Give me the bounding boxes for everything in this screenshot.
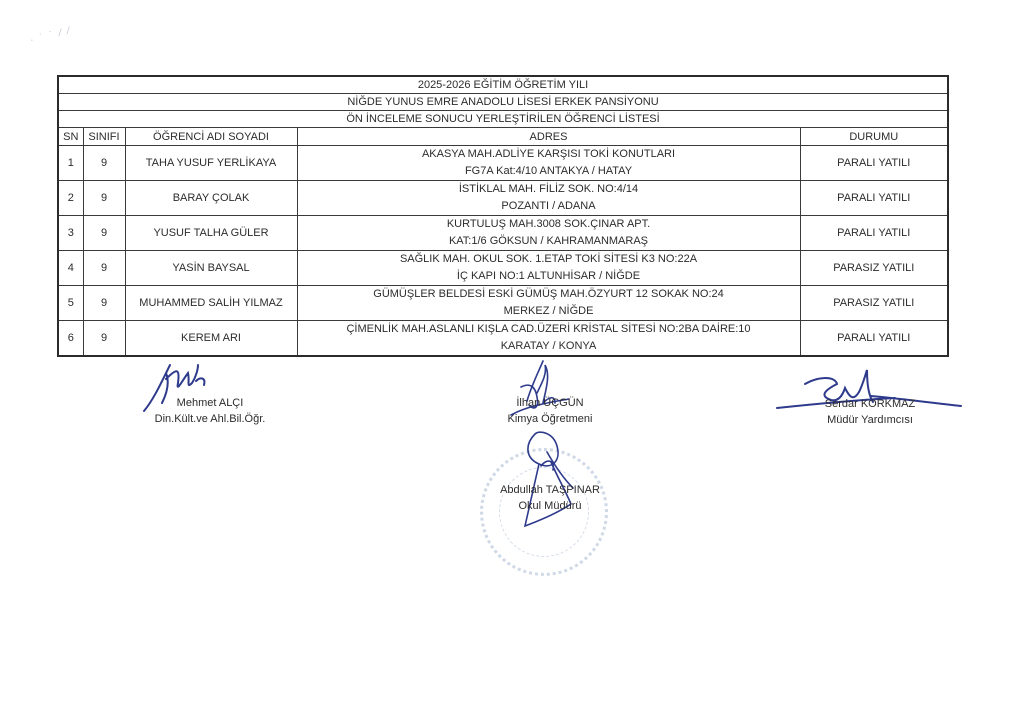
cell-durumu: PARASIZ YATILI [800, 286, 948, 321]
address-line-1: GÜMÜŞLER BELDESİ ESKİ GÜMÜŞ MAH.ÖZYURT 1… [298, 286, 800, 303]
student-placement-table: 2025-2026 EĞİTİM ÖĞRETİM YILI NİĞDE YUNU… [57, 75, 949, 357]
address-line-2: POZANTI / ADANA [298, 198, 800, 215]
table-row: 4 9 YASİN BAYSAL SAĞLIK MAH. OKUL SOK. 1… [58, 251, 948, 286]
signatory-role: Din.Kült.ve Ahl.Bil.Öğr. [140, 411, 280, 427]
signatory-role: Okul Müdürü [495, 498, 605, 514]
table-row: 2 9 BARAY ÇOLAK İSTİKLAL MAH. FİLİZ SOK.… [58, 181, 948, 216]
column-header-durumu: DURUMU [800, 128, 948, 146]
cell-sinifi: 9 [83, 181, 125, 216]
cell-sn: 4 [58, 251, 83, 286]
list-title: ÖN İNCELEME SONUCU YERLEŞTİRİLEN ÖĞRENCİ… [58, 111, 948, 128]
table-row: 1 9 TAHA YUSUF YERLİKAYA AKASYA MAH.ADLİ… [58, 146, 948, 181]
signature-block-vice-principal: Serdar KORKMAZ Müdür Yardımcısı [805, 396, 935, 428]
cell-address: ÇİMENLİK MAH.ASLANLI KIŞLA CAD.ÜZERİ KRİ… [297, 321, 800, 357]
signatory-role: Kimya Öğretmeni [485, 411, 615, 427]
cell-student-name: KEREM ARI [125, 321, 297, 357]
cell-durumu: PARALI YATILI [800, 146, 948, 181]
column-header-name: ÖĞRENCİ ADI SOYADI [125, 128, 297, 146]
cell-student-name: YUSUF TALHA GÜLER [125, 216, 297, 251]
cell-address: KURTULUŞ MAH.3008 SOK.ÇINAR APT. KAT:1/6… [297, 216, 800, 251]
address-line-1: SAĞLIK MAH. OKUL SOK. 1.ETAP TOKİ SİTESİ… [298, 251, 800, 268]
address-line-1: AKASYA MAH.ADLİYE KARŞISI TOKİ KONUTLARI [298, 146, 800, 163]
cell-address: AKASYA MAH.ADLİYE KARŞISI TOKİ KONUTLARI… [297, 146, 800, 181]
column-header-row: SN SINIFI ÖĞRENCİ ADI SOYADI ADRES DURUM… [58, 128, 948, 146]
scan-artifact-mark: · ˙ ˙ ⁄ ⁄ [29, 21, 91, 51]
cell-student-name: BARAY ÇOLAK [125, 181, 297, 216]
signatory-role: Müdür Yardımcısı [805, 412, 935, 428]
column-header-sinifi: SINIFI [83, 128, 125, 146]
column-header-sn: SN [58, 128, 83, 146]
address-line-1: ÇİMENLİK MAH.ASLANLI KIŞLA CAD.ÜZERİ KRİ… [298, 321, 800, 338]
cell-sn: 3 [58, 216, 83, 251]
signature-block-teacher-2: İlhan ÜÇGÜN Kimya Öğretmeni [485, 395, 615, 427]
cell-sn: 1 [58, 146, 83, 181]
cell-durumu: PARASIZ YATILI [800, 251, 948, 286]
cell-durumu: PARALI YATILI [800, 321, 948, 357]
table-row: 6 9 KEREM ARI ÇİMENLİK MAH.ASLANLI KIŞLA… [58, 321, 948, 357]
table-row: 3 9 YUSUF TALHA GÜLER KURTULUŞ MAH.3008 … [58, 216, 948, 251]
signature-block-principal: Abdullah TAŞPINAR Okul Müdürü [495, 482, 605, 514]
column-header-address: ADRES [297, 128, 800, 146]
signatory-name: Mehmet ALÇI [140, 395, 280, 411]
address-line-2: MERKEZ / NİĞDE [298, 303, 800, 320]
cell-sinifi: 9 [83, 321, 125, 357]
cell-address: GÜMÜŞLER BELDESİ ESKİ GÜMÜŞ MAH.ÖZYURT 1… [297, 286, 800, 321]
institution-title: NİĞDE YUNUS EMRE ANADOLU LİSESİ ERKEK PA… [58, 94, 948, 111]
cell-durumu: PARALI YATILI [800, 216, 948, 251]
cell-sinifi: 9 [83, 146, 125, 181]
address-line-2: İÇ KAPI NO:1 ALTUNHİSAR / NİĞDE [298, 268, 800, 285]
title-row-list-name: ÖN İNCELEME SONUCU YERLEŞTİRİLEN ÖĞRENCİ… [58, 111, 948, 128]
address-line-2: KAT:1/6 GÖKSUN / KAHRAMANMARAŞ [298, 233, 800, 250]
cell-sinifi: 9 [83, 286, 125, 321]
cell-sn: 5 [58, 286, 83, 321]
title-row-institution: NİĞDE YUNUS EMRE ANADOLU LİSESİ ERKEK PA… [58, 94, 948, 111]
cell-sinifi: 9 [83, 251, 125, 286]
cell-address: İSTİKLAL MAH. FİLİZ SOK. NO:4/14 POZANTI… [297, 181, 800, 216]
cell-student-name: MUHAMMED SALİH YILMAZ [125, 286, 297, 321]
cell-sn: 6 [58, 321, 83, 357]
table-row: 5 9 MUHAMMED SALİH YILMAZ GÜMÜŞLER BELDE… [58, 286, 948, 321]
address-line-2: FG7A Kat:4/10 ANTAKYA / HATAY [298, 163, 800, 180]
cell-student-name: YASİN BAYSAL [125, 251, 297, 286]
signatory-name: Abdullah TAŞPINAR [495, 482, 605, 498]
signatory-name: İlhan ÜÇGÜN [485, 395, 615, 411]
cell-durumu: PARALI YATILI [800, 181, 948, 216]
academic-year-title: 2025-2026 EĞİTİM ÖĞRETİM YILI [58, 76, 948, 94]
cell-sn: 2 [58, 181, 83, 216]
cell-student-name: TAHA YUSUF YERLİKAYA [125, 146, 297, 181]
address-line-2: KARATAY / KONYA [298, 338, 800, 355]
title-row-academic-year: 2025-2026 EĞİTİM ÖĞRETİM YILI [58, 76, 948, 94]
address-line-1: İSTİKLAL MAH. FİLİZ SOK. NO:4/14 [298, 181, 800, 198]
cell-sinifi: 9 [83, 216, 125, 251]
signature-block-teacher-1: Mehmet ALÇI Din.Kült.ve Ahl.Bil.Öğr. [140, 395, 280, 427]
cell-address: SAĞLIK MAH. OKUL SOK. 1.ETAP TOKİ SİTESİ… [297, 251, 800, 286]
address-line-1: KURTULUŞ MAH.3008 SOK.ÇINAR APT. [298, 216, 800, 233]
signatory-name: Serdar KORKMAZ [805, 396, 935, 412]
